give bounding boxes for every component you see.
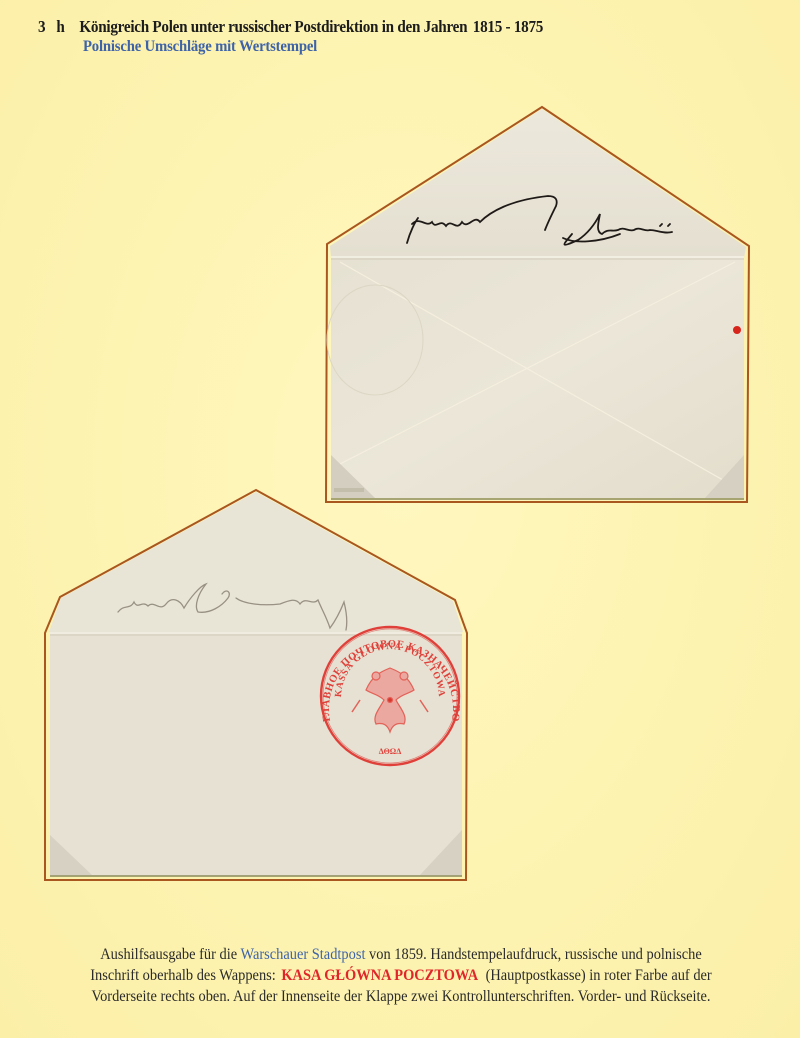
envelopes-illustration: ГЛАВНОЕ ПОЧТОВОЕ КАЗНАЧЕЙСТВО KASSA GŁOW… (0, 0, 800, 1038)
envelope-flap (330, 109, 746, 258)
envelope-back-top (326, 107, 749, 502)
caption-line-3: Vorderseite rechts oben. Auf der Innense… (45, 986, 757, 1007)
warschauer-stadtpost-term: Warschauer Stadtpost (241, 946, 366, 963)
caption-line-2: Inschrift oberhalb des Wappens:KASA GŁÓW… (45, 965, 757, 986)
red-wax-mark (733, 326, 741, 334)
kasa-glowna-pocztowa-highlight: KASA GŁÓWNA POCZTOWA (281, 967, 478, 984)
envelope-front-bottom: ГЛАВНОЕ ПОЧТОВОЕ КАЗНАЧЕЙСТВО KASSA GŁOW… (45, 490, 467, 880)
svg-text:ΔΘΩΔ: ΔΘΩΔ (379, 747, 401, 756)
envelope-flap-behind (49, 492, 463, 632)
description-caption: Aushilfsausgabe für die Warschauer Stadt… (45, 944, 757, 1007)
caption-line-1: Aushilfsausgabe für die Warschauer Stadt… (45, 944, 757, 965)
